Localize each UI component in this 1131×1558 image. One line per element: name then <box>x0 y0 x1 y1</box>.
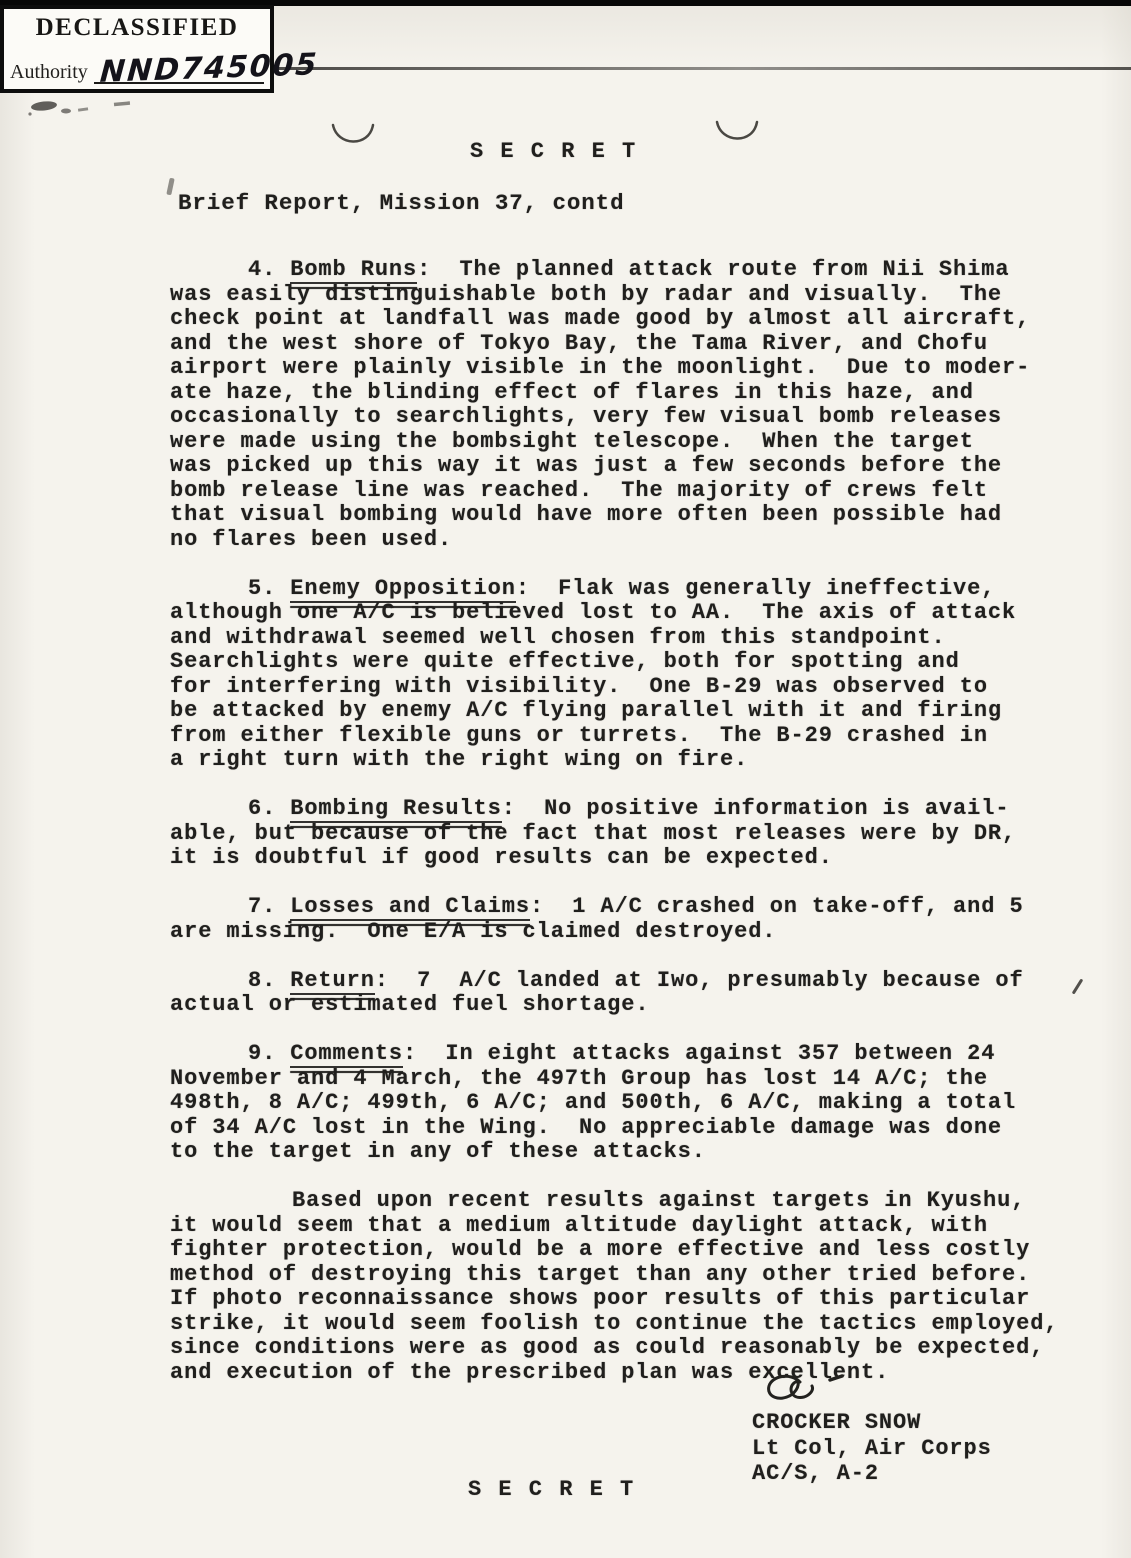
paragraph-number: 9. <box>248 1041 276 1066</box>
paragraph-enemy-opposition: 5.Enemy Opposition: Flak was generally i… <box>170 577 1120 773</box>
paper-edge-line <box>268 67 1131 70</box>
authority-line: NND745005 <box>94 48 264 84</box>
bottom-classification: S E C R E T <box>468 1477 635 1502</box>
stamp-title: DECLASSIFIED <box>4 14 270 42</box>
paragraph-number: 4. <box>248 257 276 282</box>
signature-rank: Lt Col, Air Corps <box>752 1436 992 1462</box>
paragraph-heading: Comments <box>290 1041 403 1068</box>
stamp-authority-row: Authority NND745005 <box>10 48 264 84</box>
paragraph-heading: Losses and Claims <box>290 894 530 921</box>
signature-block: CROCKER SNOW Lt Col, Air Corps AC/S, A-2 <box>752 1372 992 1487</box>
signature-name: CROCKER SNOW <box>752 1410 992 1436</box>
paragraph-return: 8.Return: 7 A/C landed at Iwo, presumabl… <box>170 969 1120 1018</box>
paragraph-heading: Enemy Opposition <box>290 576 516 603</box>
paragraph-losses-and-claims: 7.Losses and Claims: 1 A/C crashed on ta… <box>170 895 1120 944</box>
signature-office: AC/S, A-2 <box>752 1461 992 1487</box>
paragraph-number: 5. <box>248 576 276 601</box>
authority-value: NND745005 <box>99 47 320 90</box>
punch-hole-left <box>330 122 376 152</box>
top-classification: S E C R E T <box>470 139 637 164</box>
paragraph-body: : Flak was generally ineffective, althou… <box>170 576 1016 773</box>
stray-ink-mark <box>166 178 174 196</box>
paragraph-body: : The planned attack route from Nii Shim… <box>170 257 1030 552</box>
paragraph-heading: Return <box>290 968 375 995</box>
ink-smudge <box>18 90 148 124</box>
authority-label: Authority <box>10 61 88 84</box>
closing-paragraph: Based upon recent results against target… <box>170 1189 1120 1385</box>
paragraph-comments: 9.Comments: In eight attacks against 357… <box>170 1042 1120 1165</box>
document-page: DECLASSIFIED Authority NND745005 S E C R… <box>0 0 1131 1558</box>
page-title: Brief Report, Mission 37, contd <box>178 190 624 216</box>
signature-scribble <box>760 1370 860 1412</box>
paragraph-bomb-runs: 4.Bomb Runs: The planned attack route fr… <box>170 258 1120 552</box>
paragraph-heading: Bombing Results <box>290 796 502 823</box>
paragraph-number: 7. <box>248 894 276 919</box>
declassified-stamp: DECLASSIFIED Authority NND745005 <box>0 5 274 93</box>
punch-hole-right <box>714 119 760 149</box>
paragraph-bombing-results: 6.Bombing Results: No positive informati… <box>170 797 1120 871</box>
paragraph-number: 6. <box>248 796 276 821</box>
paragraph-heading: Bomb Runs <box>290 257 417 284</box>
report-body: 4.Bomb Runs: The planned attack route fr… <box>170 258 1120 1385</box>
paragraph-number: 8. <box>248 968 276 993</box>
